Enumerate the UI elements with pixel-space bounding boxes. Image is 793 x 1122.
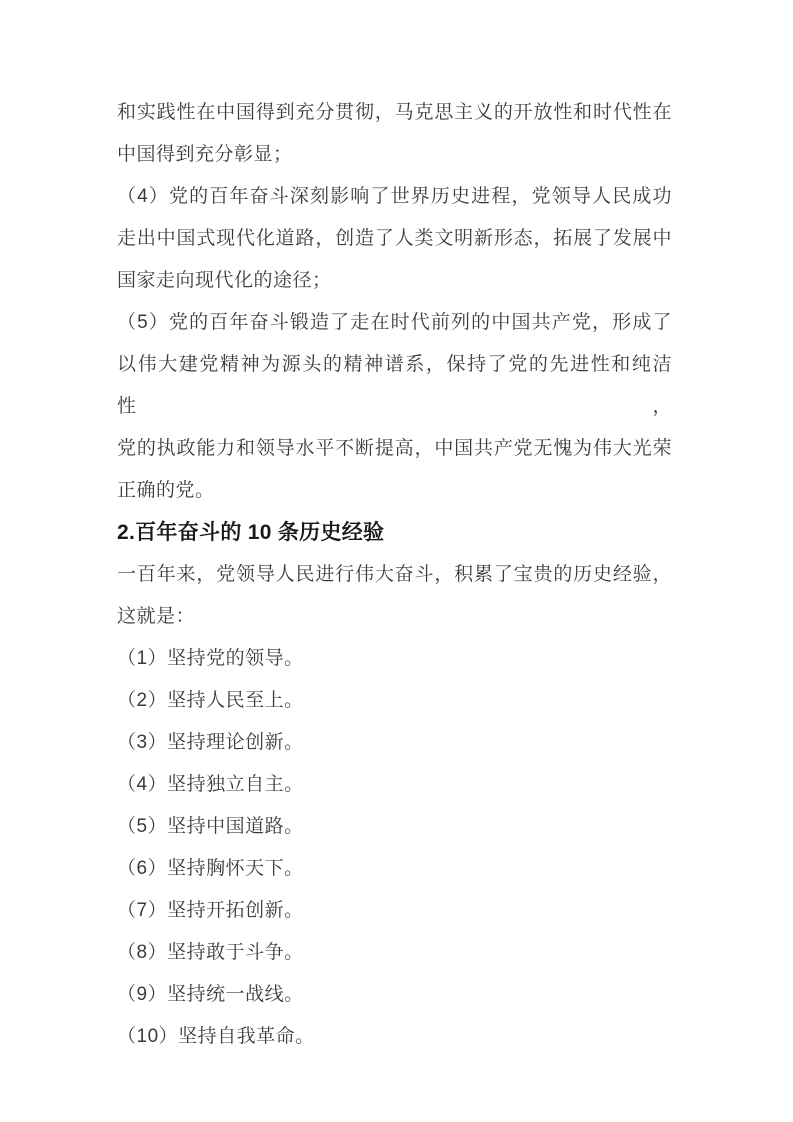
- text-line: （9）坚持统一战线。: [117, 974, 672, 1016]
- section-heading: 2.百年奋斗的 10 条历史经验: [117, 512, 672, 554]
- text-line: （4）党的百年奋斗深刻影响了世界历史进程，党领导人民成功: [117, 176, 672, 218]
- text-line: 走出中国式现代化道路，创造了人类文明新形态，拓展了发展中: [117, 218, 672, 260]
- paragraph-carryover: 和实践性在中国得到充分贯彻，马克思主义的开放性和时代性在 中国得到充分彰显；: [117, 92, 672, 176]
- text-line: 这就是：: [117, 596, 672, 638]
- list-item-10: （10）坚持自我革命。: [117, 1016, 672, 1058]
- text-line: （7）坚持开拓创新。: [117, 890, 672, 932]
- document-page: 和实践性在中国得到充分贯彻，马克思主义的开放性和时代性在 中国得到充分彰显； （…: [0, 0, 793, 1122]
- text-line: 党的执政能力和领导水平不断提高，中国共产党无愧为伟大光荣: [117, 428, 672, 470]
- text-line: （8）坚持敢于斗争。: [117, 932, 672, 974]
- text-line: （6）坚持胸怀天下。: [117, 848, 672, 890]
- list-item-1: （1）坚持党的领导。: [117, 638, 672, 680]
- list-item-5: （5）坚持中国道路。: [117, 806, 672, 848]
- list-item-6: （6）坚持胸怀天下。: [117, 848, 672, 890]
- list-item-9: （9）坚持统一战线。: [117, 974, 672, 1016]
- list-item-2: （2）坚持人民至上。: [117, 680, 672, 722]
- list-item-8: （8）坚持敢于斗争。: [117, 932, 672, 974]
- text-line: （10）坚持自我革命。: [117, 1016, 672, 1058]
- text-line: 以伟大建党精神为源头的精神谱系，保持了党的先进性和纯洁性，: [117, 344, 672, 428]
- text-line: 正确的党。: [117, 470, 672, 512]
- text-line: （3）坚持理论创新。: [117, 722, 672, 764]
- text-line: 中国得到充分彰显；: [117, 134, 672, 176]
- list-item-4: （4）坚持独立自主。: [117, 764, 672, 806]
- list-item-7: （7）坚持开拓创新。: [117, 890, 672, 932]
- text-line: （5）党的百年奋斗锻造了走在时代前列的中国共产党，形成了: [117, 302, 672, 344]
- document-content: 和实践性在中国得到充分贯彻，马克思主义的开放性和时代性在 中国得到充分彰显； （…: [0, 0, 793, 1058]
- text-line: 和实践性在中国得到充分贯彻，马克思主义的开放性和时代性在: [117, 92, 672, 134]
- text-line: 国家走向现代化的途径；: [117, 260, 672, 302]
- paragraph-point-5: （5）党的百年奋斗锻造了走在时代前列的中国共产党，形成了 以伟大建党精神为源头的…: [117, 302, 672, 512]
- text-line: （5）坚持中国道路。: [117, 806, 672, 848]
- text-line: （1）坚持党的领导。: [117, 638, 672, 680]
- text-line: （4）坚持独立自主。: [117, 764, 672, 806]
- text-line: （2）坚持人民至上。: [117, 680, 672, 722]
- text-line: 一百年来，党领导人民进行伟大奋斗，积累了宝贵的历史经验，: [117, 554, 672, 596]
- paragraph-intro: 一百年来，党领导人民进行伟大奋斗，积累了宝贵的历史经验， 这就是：: [117, 554, 672, 638]
- paragraph-point-4: （4）党的百年奋斗深刻影响了世界历史进程，党领导人民成功 走出中国式现代化道路，…: [117, 176, 672, 302]
- list-item-3: （3）坚持理论创新。: [117, 722, 672, 764]
